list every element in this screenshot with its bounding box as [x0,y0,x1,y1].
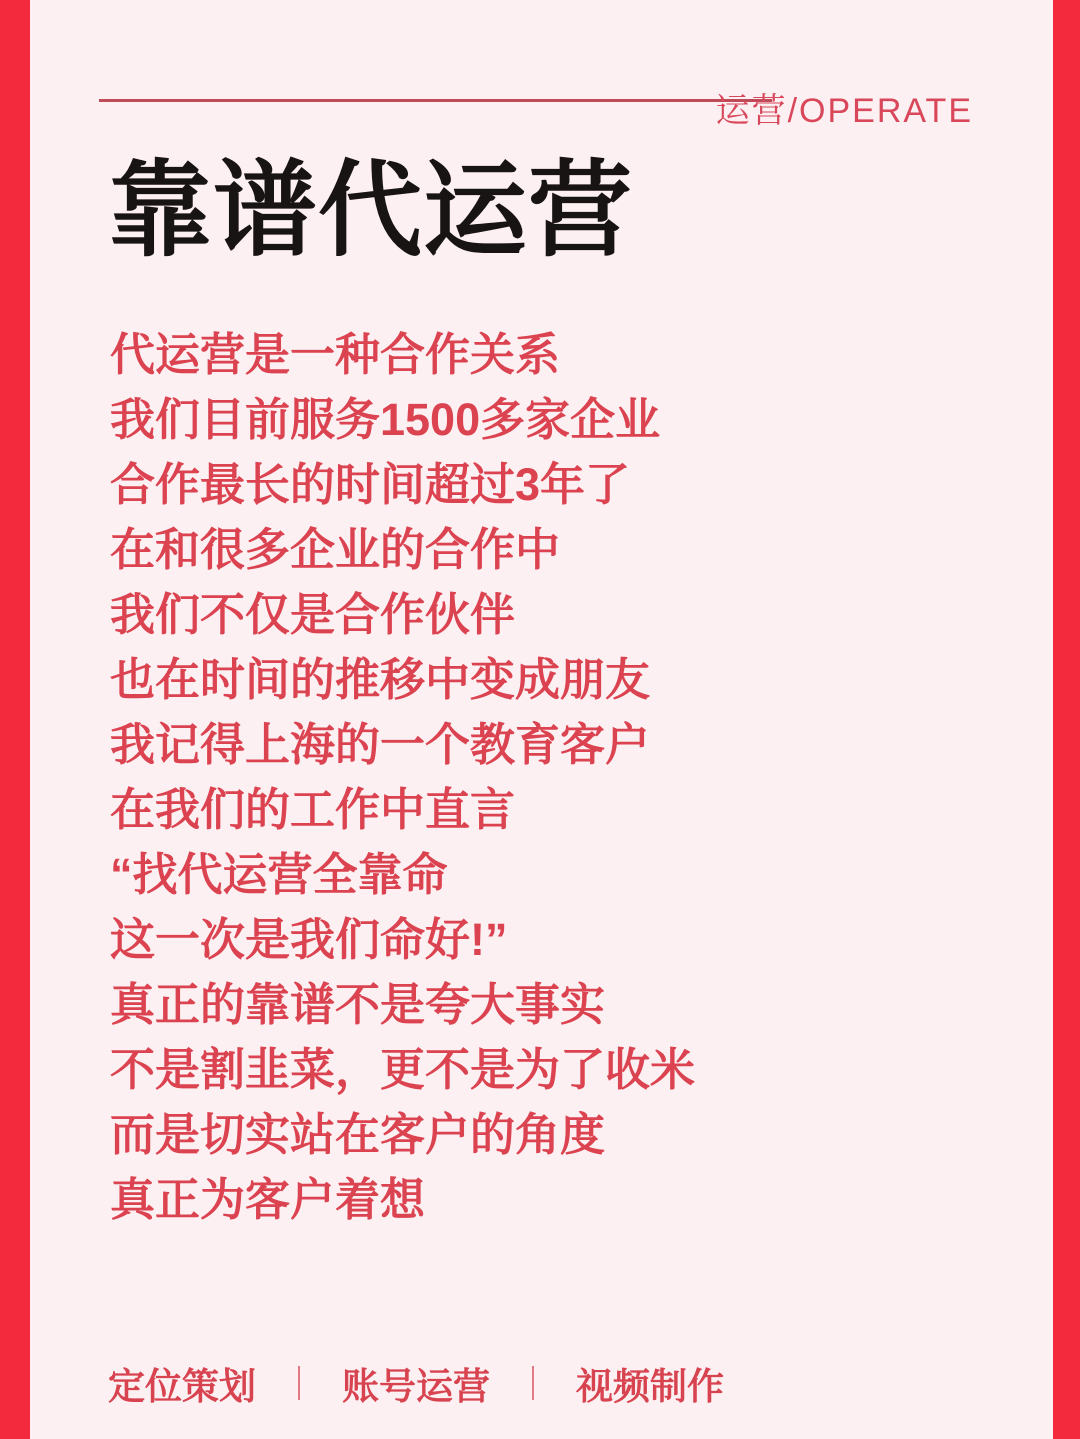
body-line-14: 真正为客户着想 [110,1167,1010,1232]
footer-item-account-operation: 账号运营 [342,1356,490,1410]
body-line-12: 不是割韭菜，更不是为了收米 [110,1037,1010,1102]
body-line-6: 也在时间的推移中变成朋友 [110,647,1010,712]
footer-item-video-production: 视频制作 [576,1356,724,1410]
poster-page: { "header": { "category_label": "运营/OPER… [0,0,1080,1439]
body-line-11: 真正的靠谱不是夸大事实 [110,972,1010,1037]
poster-panel: 运营/OPERATE 靠谱代运营 代运营是一种合作关系 我们目前服务1500多家… [30,0,1053,1439]
body-line-10: 这一次是我们命好!” [110,907,1010,972]
body-line-3: 合作最长的时间超过3年了 [110,452,1010,517]
body-line-7: 我记得上海的一个教育客户 [110,712,1010,777]
body-line-2: 我们目前服务1500多家企业 [110,387,1010,452]
footer-separator: ｜ [516,1357,550,1406]
footer-separator: ｜ [282,1357,316,1406]
body-line-5: 我们不仅是合作伙伴 [110,582,1010,647]
body-line-1: 代运营是一种合作关系 [110,322,1010,387]
body-line-8: 在我们的工作中直言 [110,777,1010,842]
body-line-13: 而是切实站在客户的角度 [110,1102,1010,1167]
page-title: 靠谱代运营 [108,155,633,267]
footer-services: 定位策划 ｜ 账号运营 ｜ 视频制作 [108,1356,724,1410]
header-rule-line [99,99,772,102]
body-text-block: 代运营是一种合作关系 我们目前服务1500多家企业 合作最长的时间超过3年了 在… [110,322,1010,1232]
category-label: 运营/OPERATE [716,83,973,132]
footer-item-positioning-planning: 定位策划 [108,1356,256,1410]
body-line-9: “找代运营全靠命 [110,842,1010,907]
body-line-4: 在和很多企业的合作中 [110,517,1010,582]
